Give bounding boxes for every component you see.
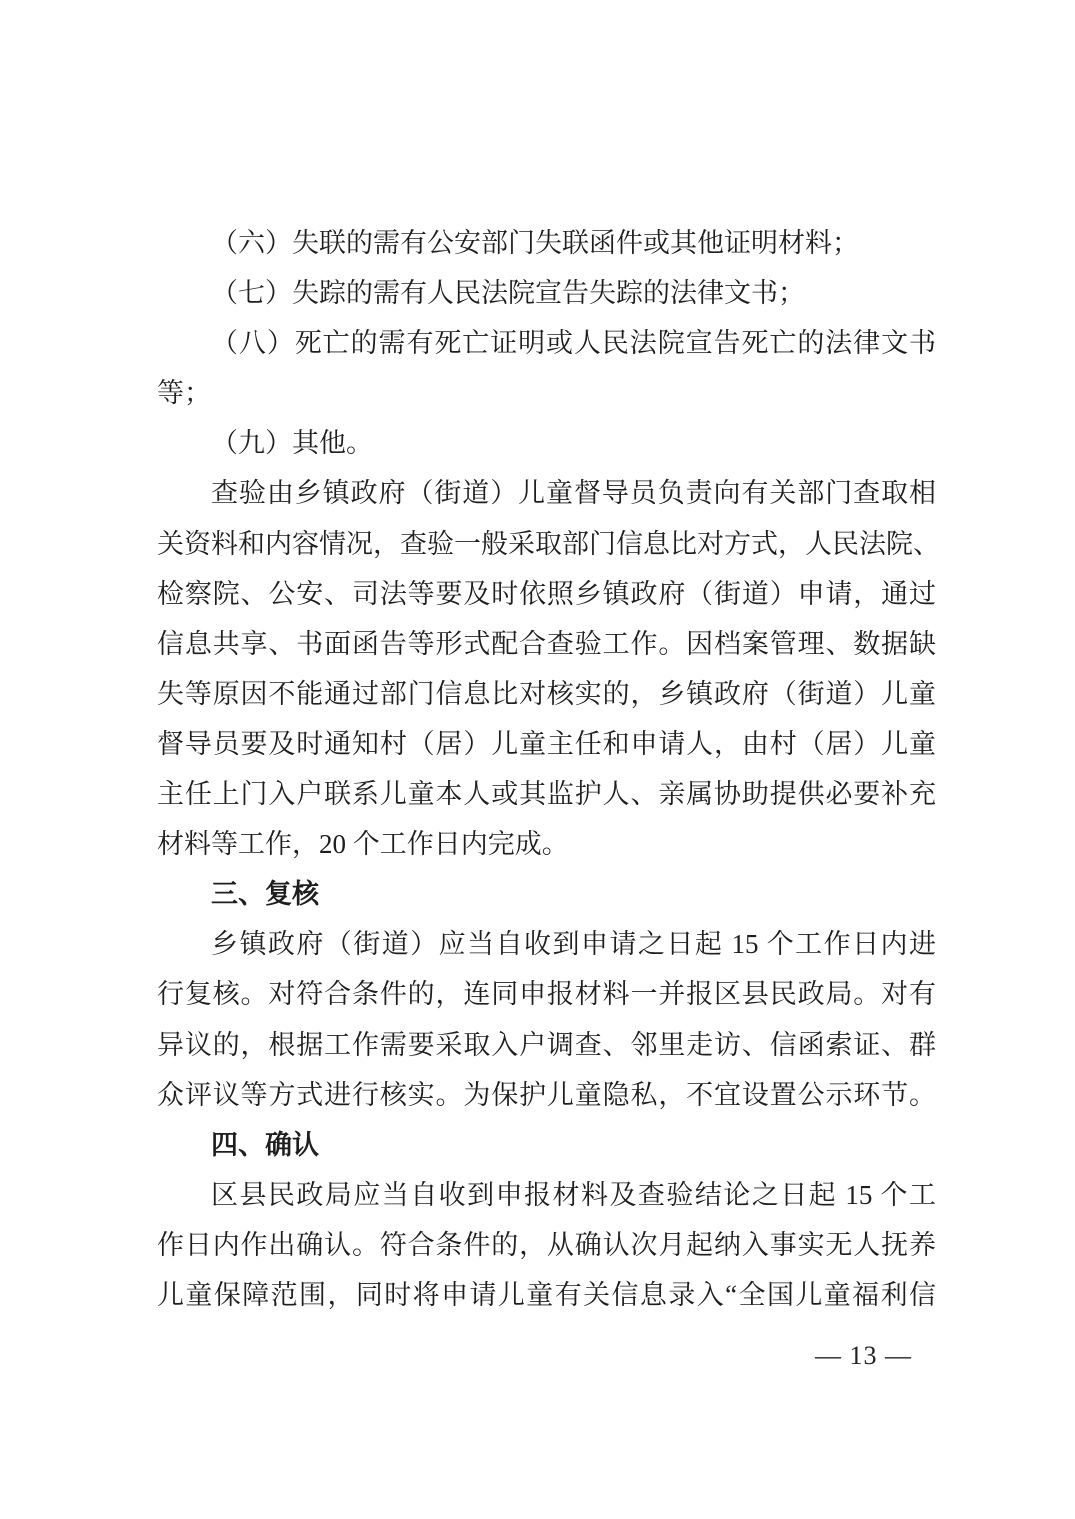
- paragraph-line: 众评议等方式进行核实。为保护儿童隐私，不宜设置公示环节。: [157, 1070, 936, 1120]
- paragraph-line: 行复核。对符合条件的，连同申报材料一并报区县民政局。对有: [157, 969, 936, 1019]
- paragraph-line: 主任上门入户联系儿童本人或其监护人、亲属协助提供必要补充: [157, 769, 936, 819]
- paragraph-line: 乡镇政府（街道）应当自收到申请之日起 15 个工作日内进: [157, 919, 936, 969]
- paragraph-line: 信息共享、书面函告等形式配合查验工作。因档案管理、数据缺: [157, 619, 936, 669]
- paragraph-line: 检察院、公安、司法等要及时依照乡镇政府（街道）申请，通过: [157, 569, 936, 619]
- page-number: — 13 —: [815, 1337, 912, 1375]
- paragraph-line: 失等原因不能通过部门信息比对核实的，乡镇政府（街道）儿童: [157, 669, 936, 719]
- list-item-line: （六）失联的需有公安部门失联函件或其他证明材料；: [157, 218, 936, 268]
- heading-section-4-confirm: 四、确认: [157, 1120, 936, 1170]
- list-item-line: （八）死亡的需有死亡证明或人民法院宣告死亡的法律文书: [157, 318, 936, 368]
- list-item-line: 等；: [157, 368, 936, 418]
- document-body: （六）失联的需有公安部门失联函件或其他证明材料； （七）失踪的需有人民法院宣告失…: [157, 218, 936, 1320]
- paragraph-line: 查验由乡镇政府（街道）儿童督导员负责向有关部门查取相: [157, 468, 936, 518]
- paragraph-line: 区县民政局应当自收到申报材料及查验结论之日起 15 个工: [157, 1170, 936, 1220]
- paragraph-line: 督导员要及时通知村（居）儿童主任和申请人，由村（居）儿童: [157, 719, 936, 769]
- heading-section-3-review: 三、复核: [157, 869, 936, 919]
- list-item-line: （九）其他。: [157, 418, 936, 468]
- list-item-line: （七）失踪的需有人民法院宣告失踪的法律文书；: [157, 268, 936, 318]
- paragraph-line: 异议的，根据工作需要采取入户调查、邻里走访、信函索证、群: [157, 1020, 936, 1070]
- paragraph-line: 作日内作出确认。符合条件的，从确认次月起纳入事实无人抚养: [157, 1220, 936, 1270]
- paragraph-line: 材料等工作，20 个工作日内完成。: [157, 819, 936, 869]
- paragraph-line: 关资料和内容情况，查验一般采取部门信息比对方式，人民法院、: [157, 519, 936, 569]
- paragraph-line: 儿童保障范围，同时将申请儿童有关信息录入“全国儿童福利信: [157, 1270, 936, 1320]
